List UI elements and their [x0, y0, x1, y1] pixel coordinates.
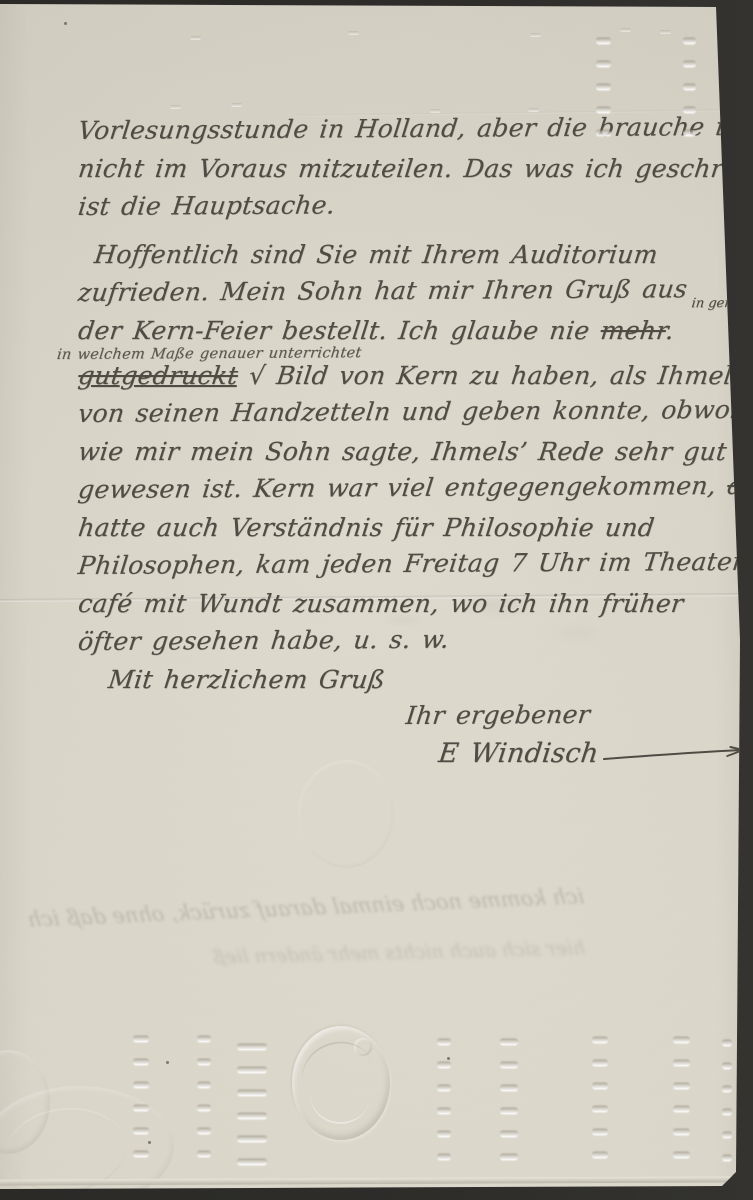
emboss-dash [500, 1062, 518, 1068]
handwriting-line: Hoffentlich sind Sie mit Ihrem Auditoriu… [76, 236, 731, 274]
emboss-dash [237, 1113, 267, 1119]
emboss-dash [133, 1036, 149, 1042]
ghost-line: hier sich auch nichts mehr ändern ließ [211, 937, 586, 968]
paper-speck [64, 22, 67, 25]
emboss-dash [596, 130, 611, 136]
paper-speck [166, 1061, 169, 1064]
emboss-dash [722, 1155, 732, 1161]
handwriting-segment: hatte auch Verständnis für Philosophie u… [77, 513, 656, 542]
emboss-dash [673, 1129, 690, 1135]
handwriting-segment: Mit herzlichem Gruß [107, 665, 387, 694]
emboss-dash [500, 1108, 518, 1114]
handwriting-segment: café mit Wundt zusammen, wo ich ihn früh… [77, 589, 686, 618]
struck-word: mehr [599, 316, 668, 345]
handwriting-segment: Philosophen, kam jeden Freitag 7 Uhr im … [77, 547, 753, 580]
paper-speck [447, 1057, 450, 1060]
handwriting-line: Philosophen, kam jeden Freitag 7 Uhr im … [76, 543, 731, 585]
emboss-dash [237, 1067, 267, 1073]
emboss-dash [592, 1129, 608, 1135]
handwriting-segment: zufrieden. Mein Sohn hat mir Ihren Gruß … [77, 274, 689, 307]
emboss-dash [197, 1082, 211, 1088]
emboss-dash [683, 61, 696, 67]
handwriting-line: Vorlesungsstunde in Holland, aber die br… [76, 108, 731, 150]
handwriting-line: von seinen Handzetteln und geben konnte,… [76, 391, 731, 433]
emboss-dash [722, 1109, 732, 1115]
emboss-bump [430, 109, 441, 113]
handwriting-segment: Ihr ergebener [404, 700, 591, 730]
emboss-bump [170, 105, 181, 109]
handwriting-line: zufrieden. Mein Sohn hat mir Ihren Gruß … [76, 270, 731, 312]
handwriting-line: hatte auch Verständnis für Philosophie u… [76, 509, 731, 547]
handwriting-segment: gewesen ist. Kern war viel entgegengekom… [77, 471, 729, 504]
emboss-bump [528, 108, 539, 112]
emboss-dash [133, 1082, 149, 1088]
handwriting-line: Ihr ergebener [404, 697, 730, 733]
emboss-dash [722, 1132, 732, 1138]
letter-paper: Vorlesungsstunde in Holland, aber die br… [0, 0, 753, 1200]
handwriting-segment: nicht im Voraus mitzuteilen. Das was ich… [77, 154, 753, 183]
emboss-dash [197, 1036, 211, 1042]
emboss-dash [722, 1063, 732, 1069]
emboss-bump [660, 30, 671, 34]
ghost-line: ich komme noch einmal darauf zurück, ohn… [26, 884, 586, 931]
handwriting-segment: wie mir mein Sohn sagte, Ihmels’ Rede se… [77, 437, 729, 466]
handwriting-segment: von seinen Handzetteln und geben konnte,… [77, 395, 753, 428]
emboss-dash [237, 1044, 267, 1050]
emboss-dash [592, 1152, 608, 1158]
interline-insertion: in geringster Beziehung [691, 296, 753, 310]
embossed-seal [292, 1026, 390, 1140]
handwriting-segment: öfter gesehen habe, u. s. w. [77, 625, 451, 656]
emboss-dash [683, 130, 696, 136]
emboss-dash [500, 1085, 518, 1091]
handwriting-segment: ist die Hauptsache. [77, 190, 337, 221]
signature-flourish [600, 735, 753, 777]
struck-word: aber [726, 471, 753, 500]
emboss-dash [722, 1086, 732, 1092]
emboss-dash [500, 1131, 518, 1137]
handwriting-segment: E Windisch [437, 738, 601, 769]
emboss-dash [592, 1083, 608, 1089]
emboss-dash [592, 1037, 608, 1043]
handwriting-line: wie mir mein Sohn sagte, Ihmels’ Rede se… [76, 433, 731, 471]
handwriting-segment: Hoffentlich sind Sie mit Ihrem Auditoriu… [93, 240, 660, 269]
emboss-dash [596, 61, 611, 67]
emboss-dash [673, 1037, 690, 1043]
emboss-bump [231, 103, 242, 107]
handwriting-line: gutgedruckt √ Bild von Kern zu haben, al… [76, 357, 731, 395]
handwriting-line: café mit Wundt zusammen, wo ich ihn früh… [76, 585, 731, 623]
emboss-dash [197, 1128, 211, 1134]
emboss-dash [592, 1106, 608, 1112]
handwriting-segment: . [664, 316, 676, 345]
emboss-bump [348, 31, 359, 35]
emboss-dash [437, 1062, 451, 1068]
emboss-dash [197, 1151, 211, 1157]
handwriting-line: E Windisch [436, 733, 731, 775]
emboss-dash [722, 1040, 732, 1046]
emboss-dash [500, 1154, 518, 1160]
emboss-dash [237, 1090, 267, 1096]
emboss-dash [673, 1060, 690, 1066]
emboss-dash [596, 84, 611, 90]
emboss-dash [437, 1085, 451, 1091]
emboss-dash [437, 1154, 451, 1160]
emboss-dash [673, 1106, 690, 1112]
emboss-bump [530, 33, 541, 37]
emboss-bump [620, 28, 631, 32]
emboss-dash [237, 1159, 267, 1165]
letter-lines: Vorlesungsstunde in Holland, aber die br… [76, 112, 726, 775]
emboss-dash [437, 1039, 451, 1045]
emboss-dash [592, 1060, 608, 1066]
emboss-dash [197, 1105, 211, 1111]
emboss-dash [673, 1152, 690, 1158]
handwriting-line: Mit herzlichem Gruß [106, 661, 731, 699]
handwriting-segment: √ Bild von Kern zu haben, als Ihmels [236, 361, 747, 390]
emboss-dash [596, 38, 611, 44]
emboss-dash [500, 1039, 518, 1045]
handwriting-segment: Vorlesungsstunde in Holland, aber die br… [77, 111, 753, 145]
emboss-dash [133, 1059, 149, 1065]
handwriting-line: öfter gesehen habe, u. s. w. [76, 619, 731, 661]
struck-word: gutgedruckt [77, 361, 240, 390]
emboss-dash [683, 107, 696, 113]
emboss-dash [683, 38, 696, 44]
emboss-dash [673, 1083, 690, 1089]
emboss-bump [190, 36, 201, 40]
emboss-dash [683, 84, 696, 90]
scan-background: Vorlesungsstunde in Holland, aber die br… [0, 0, 753, 1200]
emboss-dash [437, 1131, 451, 1137]
emboss-dash [596, 107, 611, 113]
emboss-dash [237, 1136, 267, 1142]
emboss-dash [197, 1059, 211, 1065]
handwriting-line: nicht im Voraus mitzuteilen. Das was ich… [76, 150, 731, 188]
handwriting-line: ist die Hauptsache. [76, 184, 731, 226]
handwriting-line: gewesen ist. Kern war viel entgegengekom… [76, 467, 731, 509]
embossed-watermark [298, 760, 394, 868]
emboss-dash [437, 1108, 451, 1114]
handwriting-segment: der Kern-Feier bestellt. Ich glaube nie [77, 316, 603, 345]
